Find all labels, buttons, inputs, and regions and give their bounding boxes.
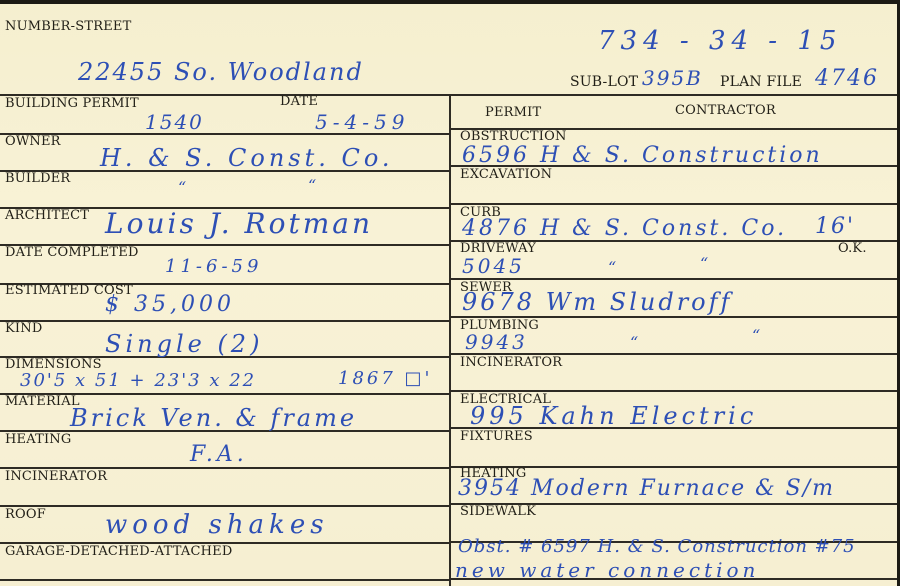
note-line-1: Obst. # 6597 H. & S. Construction #75: [458, 538, 856, 556]
heating-label: HEATING: [5, 433, 71, 446]
heating-value: F.A.: [190, 444, 248, 466]
note-line-2: new water connection: [455, 560, 759, 580]
address-value: 22455 So. Woodland: [78, 60, 364, 84]
number-street-label: NUMBER-STREET: [5, 20, 131, 33]
fixtures-label: FIXTURES: [460, 430, 533, 443]
curb-value: 4876 H & S. Const. Co.: [462, 218, 787, 240]
builder-label: BUILDER: [5, 172, 70, 185]
plumbing-value: 9943: [465, 332, 528, 352]
electrical-value: 995 Kahn Electric: [470, 404, 757, 428]
material-label: MATERIAL: [5, 395, 80, 408]
sidewalk-label: SIDEWALK: [460, 505, 536, 518]
plumbing-ditto-2: “: [752, 328, 762, 344]
rule: [0, 505, 450, 507]
dimensions-area: 1867 □': [338, 370, 433, 388]
kind-value: Single (2): [105, 332, 263, 356]
rule: [0, 579, 450, 581]
plumbing-ditto-1: “: [630, 335, 640, 351]
incinerator-label: INCINERATOR: [5, 470, 107, 483]
architect-label: ARCHITECT: [5, 209, 89, 222]
building-permit-label: BUILDING PERMIT: [5, 97, 139, 110]
permit-column-header: PERMIT: [485, 106, 541, 119]
date-completed-label: DATE COMPLETED: [5, 246, 139, 259]
column-divider: [449, 94, 451, 586]
sub-lot-label: SUB-LOT: [570, 75, 638, 89]
plan-file-label: PLAN FILE: [720, 75, 802, 89]
permit-date-value: 5-4-59: [315, 112, 409, 132]
plan-file-value: 4746: [815, 68, 879, 90]
driveway-ditto-1: “: [608, 260, 618, 276]
date-completed-value: 11-6-59: [165, 258, 262, 276]
driveway-ok: O.K.: [838, 242, 867, 255]
obstruction-label: OBSTRUCTION: [460, 130, 567, 143]
architect-value: Louis J. Rotman: [105, 210, 373, 238]
driveway-ditto-2: “: [700, 256, 710, 272]
owner-label: OWNER: [5, 135, 61, 148]
builder-ditto-1: “: [178, 180, 188, 196]
sewer-value: 9678 Wm Sludroff: [462, 290, 732, 314]
rule: [450, 203, 900, 205]
heating-permit-value: 3954 Modern Furnace & S/m: [458, 478, 835, 500]
rule: [450, 278, 900, 280]
property-record-card: NUMBER-STREET 22455 So. Woodland 734 - 3…: [0, 0, 900, 586]
rule: [0, 320, 450, 322]
incinerator-permit-label: INCINERATOR: [460, 356, 562, 369]
owner-value: H. & S. Const. Co.: [100, 146, 394, 170]
dimensions-value: 30'5 x 51 + 23'3 x 22: [20, 372, 256, 390]
sub-lot-value: 395B: [642, 68, 703, 88]
excavation-label: EXCAVATION: [460, 168, 552, 181]
contractor-column-header: CONTRACTOR: [675, 104, 776, 117]
date-label: DATE: [280, 95, 318, 108]
kind-label: KIND: [5, 322, 42, 335]
rule: [450, 94, 900, 96]
roof-label: ROOF: [5, 508, 46, 521]
building-permit-value: 1540: [145, 112, 204, 132]
parcel-number: 734 - 34 - 15: [598, 28, 842, 54]
obstruction-value: 6596 H & S. Construction: [462, 145, 823, 167]
roof-value: wood shakes: [105, 512, 329, 538]
estimated-cost-value: $ 35,000: [105, 294, 235, 316]
material-value: Brick Ven. & frame: [70, 406, 357, 430]
driveway-value: 5045: [462, 256, 525, 276]
garage-label: GARAGE-DETACHED-ATTACHED: [5, 545, 232, 558]
builder-ditto-2: “: [308, 178, 318, 194]
curb-length: 16': [815, 216, 855, 238]
